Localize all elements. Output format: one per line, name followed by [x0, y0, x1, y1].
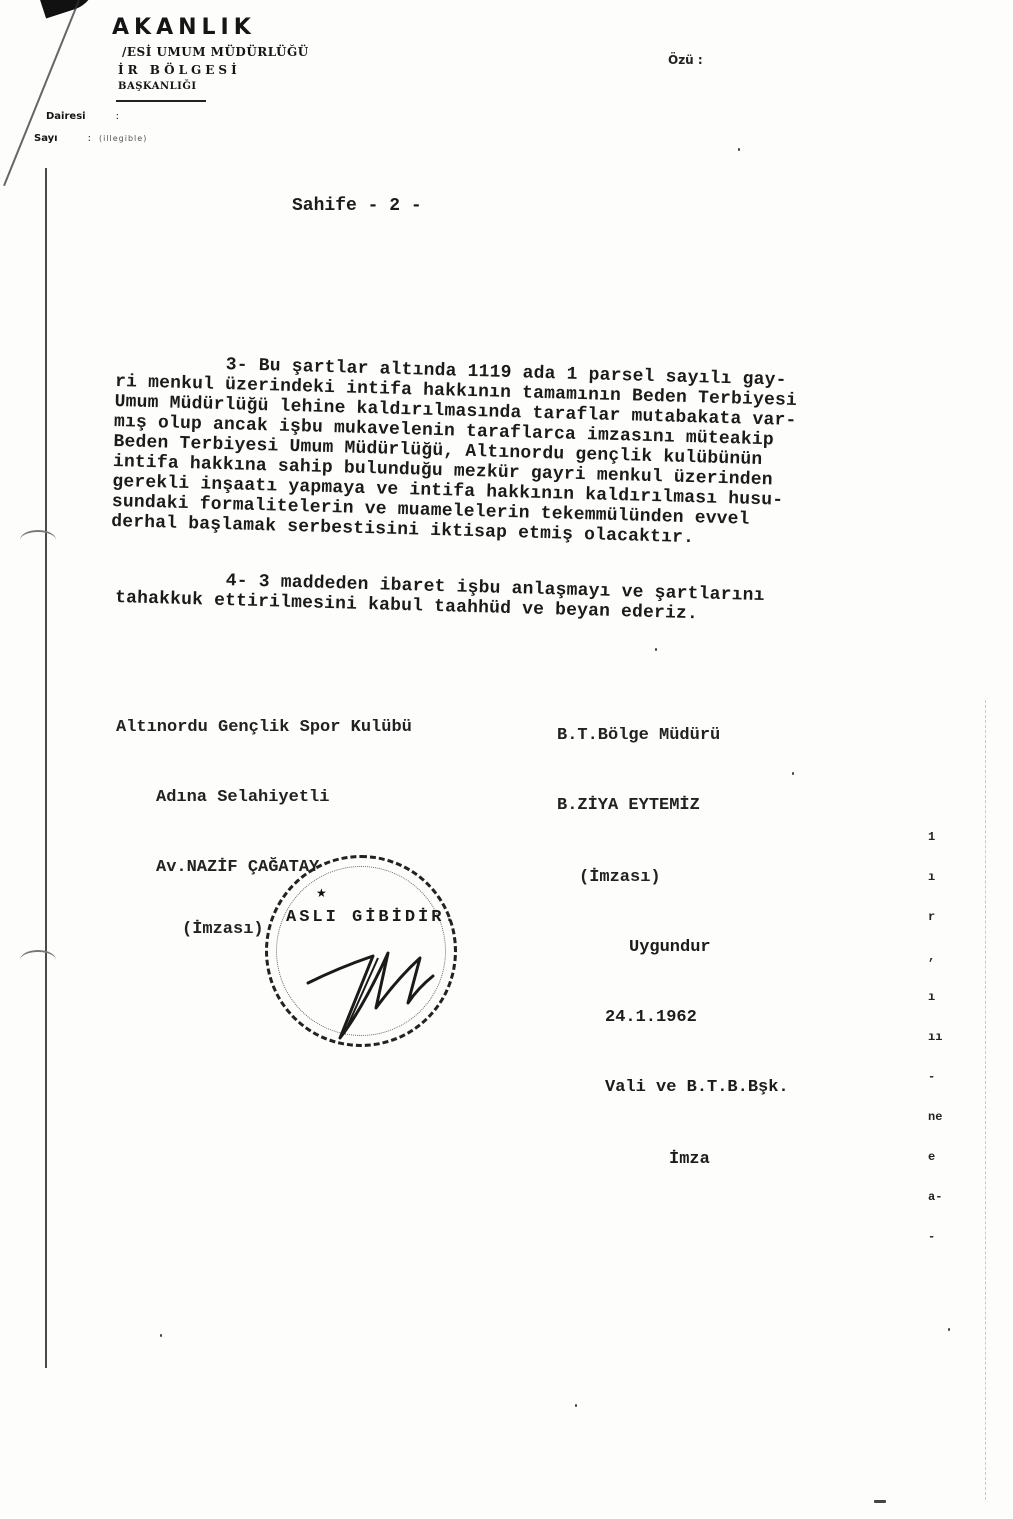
left-margin-rule: [45, 168, 47, 1368]
scan-speck: [655, 648, 657, 651]
scan-fold-line: [3, 0, 80, 186]
subject-label: Özü :: [668, 53, 703, 67]
sayi-value: (illegible): [99, 134, 147, 143]
director-name: B.ZİYA EYTEMİZ: [557, 796, 720, 830]
daire-separator: :: [116, 111, 119, 122]
approval-authority: Vali ve B.T.B.Bşk.: [605, 1078, 789, 1112]
sayi-label: Sayı: [34, 133, 58, 144]
punch-hole-mark: [20, 950, 56, 970]
scan-corner-shadow: [37, 0, 103, 19]
margin-text-fragments: 1ır,ııı-neea--: [928, 830, 942, 1270]
margin-fragment: ı: [928, 990, 942, 1004]
club-name: Altınordu Gençlik Spor Kulübü: [116, 718, 412, 750]
margin-fragment: ne: [928, 1110, 942, 1124]
margin-fragment: r: [928, 910, 942, 924]
scan-edge-line: [985, 700, 986, 1500]
handwritten-signature-icon: [268, 858, 460, 1050]
margin-fragment: -: [928, 1230, 942, 1244]
letterhead-daire-field: Dairesi:: [46, 111, 119, 122]
paragraph-3: 3- Bu şartlar altında 1119 ada 1 parsel …: [111, 352, 936, 555]
margin-fragment: ıı: [928, 1030, 942, 1044]
signature-block-director: B.T.Bölge Müdürü B.ZİYA EYTEMİZ (İmzası): [557, 688, 720, 925]
letterhead-sayi-field: Sayı:(illegible): [34, 133, 147, 144]
scan-speck: [738, 148, 740, 151]
director-signature-note: (İmzası): [557, 868, 720, 887]
daire-label: Dairesi: [46, 111, 86, 122]
letterhead-presidency: BAŞKANLIĞI: [118, 81, 197, 92]
approval-date: 24.1.1962: [605, 1008, 789, 1040]
margin-fragment: -: [928, 1070, 942, 1084]
letterhead-ministry: AKANLIK: [112, 15, 256, 40]
scan-speck: [874, 1500, 886, 1503]
letterhead-underline: [116, 100, 206, 102]
certification-stamp: ★ ASLI GİBİDİR.: [265, 855, 457, 1047]
margin-fragment: a-: [928, 1190, 942, 1204]
paragraph-4: 4- 3 maddeden ibaret işbu anlaşmayı ve ş…: [115, 568, 936, 631]
club-authorization: Adına Selahiyetli: [116, 788, 412, 820]
letterhead-region: İR BÖLGESİ: [118, 63, 241, 77]
margin-fragment: ,: [928, 950, 942, 964]
margin-fragment: e: [928, 1150, 942, 1164]
margin-fragment: 1: [928, 830, 942, 844]
scan-speck: [160, 1334, 162, 1337]
scan-speck: [948, 1328, 950, 1331]
approval-status: Uygundur: [605, 938, 789, 970]
letterhead-directorate: /ESİ UMUM MÜDÜRLÜĞÜ: [122, 45, 309, 59]
scanned-document-page: AKANLIK /ESİ UMUM MÜDÜRLÜĞÜ İR BÖLGESİ B…: [0, 0, 1013, 1519]
punch-hole-mark: [20, 530, 56, 550]
approval-block: Uygundur 24.1.1962 Vali ve B.T.B.Bşk. İm…: [605, 900, 789, 1207]
scan-speck: [792, 772, 794, 775]
page-number: Sahife - 2 -: [292, 196, 422, 216]
director-title: B.T.Bölge Müdürü: [557, 726, 720, 758]
margin-fragment: ı: [928, 870, 942, 884]
sayi-separator: :: [88, 133, 91, 144]
scan-speck: [575, 1404, 577, 1407]
approval-signature-note: İmza: [605, 1150, 789, 1169]
